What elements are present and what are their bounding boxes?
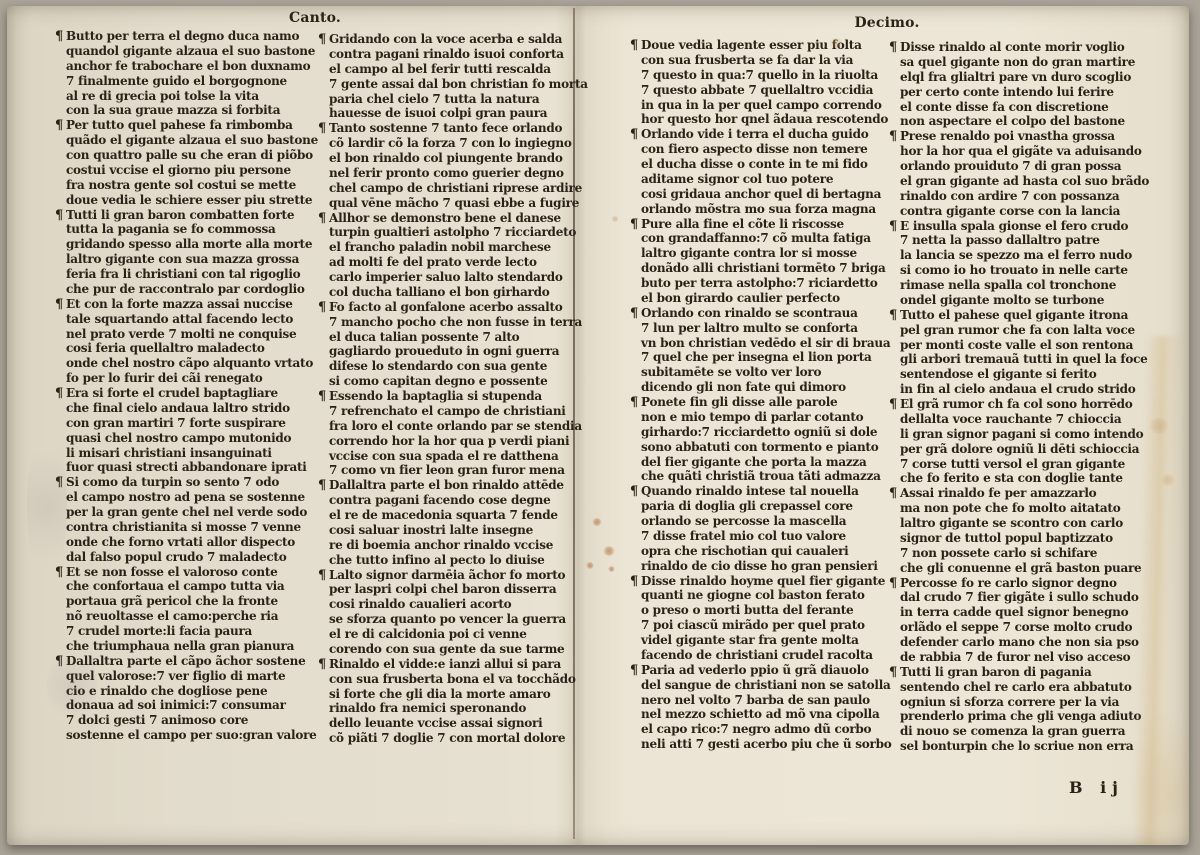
text-line: gagliardo proueduto in ogni guerra	[318, 344, 580, 359]
text-line: gli arbori tremauã tutti in quel la foce	[889, 352, 1161, 367]
text-line: orlando se percosse la mascella	[630, 514, 890, 529]
text-line: ¶Ponete fin gli disse alle parole	[630, 395, 890, 410]
text-line: con gran martiri 7 forte suspirare	[55, 416, 317, 431]
text-line: 7 crudel morte:li facia paura	[55, 624, 317, 639]
text-line: el duca talian possente 7 alto	[318, 330, 580, 345]
paragraph-mark-icon: ¶	[630, 484, 638, 499]
text-line: 7 mancho pocho che non fusse in terra	[318, 315, 580, 330]
text-line: ¶Percosse fo re carlo signor degno	[889, 576, 1161, 591]
running-title-left: Canto.	[255, 10, 375, 26]
text-line: 7 finalmente guido el borgognone	[55, 74, 317, 89]
text-line: 7 como vn fier leon gran furor mena	[318, 463, 580, 478]
paragraph-mark-icon: ¶	[630, 574, 638, 589]
text-line: ¶Assai rinaldo fe per amazzarlo	[889, 486, 1161, 501]
text-line: videl gigante star fra gente molta	[630, 633, 890, 648]
text-line: 7 disse fratel mio col tuo valore	[630, 529, 890, 544]
text-line: rinaldo fra nemici speronando	[318, 701, 580, 716]
text-line: ¶Doue vedia lagente esser piu folta	[630, 38, 890, 53]
paragraph-mark-icon: ¶	[55, 386, 63, 401]
text-line: difese lo stendardo con sua gente	[318, 359, 580, 374]
text-line: per grã dolore ogniũ li dēti schioccia	[889, 442, 1161, 457]
text-line: laltro gigante contra lor si mosse	[630, 246, 890, 261]
paragraph-mark-icon: ¶	[630, 38, 638, 53]
text-line: cosi saluar inostri lalte insegne	[318, 523, 580, 538]
text-line: el ducha disse o conte in te mi fido	[630, 157, 890, 172]
text-line: che final cielo andaua laltro strido	[55, 401, 317, 416]
text-line: nõ reuoltasse el camo:perche ria	[55, 609, 317, 624]
text-line: che pur de raccontralo par cordoglio	[55, 282, 317, 297]
text-line: defender carlo mano che non sia pso	[889, 635, 1161, 650]
text-line: fo per lo furir dei cãi renegato	[55, 371, 317, 386]
paragraph-mark-icon: ¶	[55, 208, 63, 223]
text-line: tale squartando attal facendo lecto	[55, 312, 317, 327]
text-line: laltro gigante se scontro con carlo	[889, 516, 1161, 531]
paragraph-mark-icon: ¶	[889, 40, 897, 55]
text-line: hor la hor qua el gigãte va aduisando	[889, 144, 1161, 159]
text-line: si como io ho trouato in nelle carte	[889, 263, 1161, 278]
text-line: 7 gente assai dal bon christian fo morta	[318, 77, 580, 92]
text-line: 7 non possete carlo si schifare	[889, 546, 1161, 561]
text-line: ogniun si sforza correre per la via	[889, 695, 1161, 710]
text-line: sa quel gigante non do gran martire	[889, 55, 1161, 70]
text-line: 7 dolci gesti 7 animoso core	[55, 713, 317, 728]
text-line: che triumphaua nella gran pianura	[55, 639, 317, 654]
text-line: ¶Gridando con la voce acerba e salda	[318, 32, 580, 47]
text-line: ¶Paria ad vederlo ppio ũ grã diauolo	[630, 663, 890, 678]
text-line: 7 questo abbate 7 quellaltro vccidia	[630, 83, 890, 98]
text-line: prenderlo prima che gli venga adiuto	[889, 709, 1161, 724]
text-line: ¶Tanto sostenne 7 tanto fece orlando	[318, 121, 580, 136]
text-line: dicendo gli non fate qui dimoro	[630, 380, 890, 395]
text-line: el campo al bel ferir tutti rescalda	[318, 62, 580, 77]
text-line: ondel gigante molto se turbone	[889, 293, 1161, 308]
text-line: carlo imperier saluo lalto stendardo	[318, 270, 580, 285]
text-line: ¶Fo facto al gonfalone acerbo assalto	[318, 300, 580, 315]
text-line: ¶Prese renaldo poi vnastha grossa	[889, 129, 1161, 144]
text-line: ¶Et se non fosse el valoroso conte	[55, 565, 317, 580]
text-line: el capo rico:7 negro admo dũ corbo	[630, 722, 890, 737]
text-line: con sua frusberta bona el va tocchãdo	[318, 672, 580, 687]
text-line: pel gran rumor che fa con lalta voce	[889, 323, 1161, 338]
text-line: de rabbia 7 de furor nel viso acceso	[889, 650, 1161, 665]
text-line: contra gigante corse con la lancia	[889, 204, 1161, 219]
paragraph-mark-icon: ¶	[889, 486, 897, 501]
text-line: o preso o morti butta del ferante	[630, 603, 890, 618]
scan-backdrop: { "page": { "left_running_title": "Canto…	[0, 0, 1200, 855]
paragraph-mark-icon: ¶	[55, 29, 63, 44]
text-line: ¶Era si forte el crudel baptagliare	[55, 386, 317, 401]
text-line: subitamēte se volto ver loro	[630, 365, 890, 380]
text-line: del sangue de christiani non se satolla	[630, 678, 890, 693]
paragraph-mark-icon: ¶	[55, 565, 63, 580]
paragraph-mark-icon: ¶	[630, 127, 638, 142]
text-line: la lancia se spezzo ma el ferro nudo	[889, 248, 1161, 263]
text-line: onde che forno vrtati allor dispecto	[55, 535, 317, 550]
text-column-4: ¶Disse rinaldo al conte morir vogliosa q…	[889, 40, 1161, 754]
text-line: dello leuante vccise assai signori	[318, 716, 580, 731]
text-line: nel ferir pronto como guerier degno	[318, 166, 580, 181]
text-line: aditame signor col tuo potere	[630, 172, 890, 187]
text-line: sono abbatuti con tormento e pianto	[630, 440, 890, 455]
text-line: nel mezzo schietto ad mõ vna cipolla	[630, 707, 890, 722]
text-line: ¶Tutti li gran baron di pagania	[889, 665, 1161, 680]
text-line: con grandaffanno:7 cõ multa fatiga	[630, 231, 890, 246]
text-line: portaua grã pericol che la fronte	[55, 594, 317, 609]
text-line: sentendo chel re carlo era abbatuto	[889, 680, 1161, 695]
text-line: elql fra glialtri pare vn duro scoglio	[889, 70, 1161, 85]
text-line: 7 netta la passo dallaltro patre	[889, 233, 1161, 248]
text-line: el campo nostro ad pena se sostenne	[55, 490, 317, 505]
text-line: dellalta voce rauchante 7 chioccia	[889, 412, 1161, 427]
text-line: el gran gigante ad hasta col suo brãdo	[889, 174, 1161, 189]
text-line: fra loro el conte orlando par se stendia	[318, 419, 580, 434]
paragraph-mark-icon: ¶	[318, 211, 326, 226]
text-line: el conte disse fa con discretione	[889, 100, 1161, 115]
text-line: che quãti christiã troua tãti admazza	[630, 469, 890, 484]
paragraph-mark-icon: ¶	[55, 654, 63, 669]
text-line: col ducha talliano el bon girhardo	[318, 285, 580, 300]
text-line: rimase nella spalla col tronchone	[889, 278, 1161, 293]
text-line: el re de macedonia squarta 7 fende	[318, 508, 580, 523]
book-spread: Canto. Decimo. ¶Butto per terra el degno…	[7, 6, 1189, 845]
text-line: ¶Quando rinaldo intese tal nouella	[630, 484, 890, 499]
text-line: hor questo hor qnel ãdaua rescotendo	[630, 112, 890, 127]
text-line: 7 questo in qua:7 quello in la riuolta	[630, 68, 890, 83]
text-line: ¶Tutti li gran baron combatten forte	[55, 208, 317, 223]
text-line: li gran signor pagani si como intendo	[889, 427, 1161, 442]
text-line: per la gran gente chel nel verde sodo	[55, 505, 317, 520]
text-column-3: ¶Doue vedia lagente esser piu foltacon s…	[630, 38, 890, 752]
text-line: neli atti 7 gesti acerbo piu che ũ sorbo	[630, 737, 890, 752]
text-line: si como capitan degno e possente	[318, 374, 580, 389]
text-line: opra che rischotian qui caualeri	[630, 544, 890, 559]
text-line: ¶Dallaltra parte el bon rinaldo attēde	[318, 478, 580, 493]
text-line: quanti ne giogne col baston ferato	[630, 588, 890, 603]
text-line: non e mio tempo di parlar cotanto	[630, 410, 890, 425]
paragraph-mark-icon: ¶	[889, 397, 897, 412]
text-line: di nouo se comenza la gran guerra	[889, 724, 1161, 739]
text-line: ¶Dallaltra parte el cãpo ãchor sostene	[55, 654, 317, 669]
paragraph-mark-icon: ¶	[55, 475, 63, 490]
text-line: li misari christiani insanguinati	[55, 446, 317, 461]
text-line: non aspectare el colpo del bastone	[889, 114, 1161, 129]
text-line: ¶Disse rinaldo al conte morir voglio	[889, 40, 1161, 55]
text-line: vn bon christian vedēdo el sir di braua	[630, 336, 890, 351]
text-line: orlando prouiduto 7 di gran possa	[889, 159, 1161, 174]
text-line: ¶E insulla spala gionse el fero crudo	[889, 219, 1161, 234]
text-line: tutta la pagania se fo commossa	[55, 222, 317, 237]
text-line: ¶Rinaldo el vidde:e ianzi allui si para	[318, 657, 580, 672]
text-line: contra pagani rinaldo isuoi conforta	[318, 47, 580, 62]
paragraph-mark-icon: ¶	[630, 663, 638, 678]
paragraph-mark-icon: ¶	[889, 219, 897, 234]
paragraph-mark-icon: ¶	[318, 300, 326, 315]
text-line: rinaldo de cio disse ho gran pensieri	[630, 559, 890, 574]
text-line: fra nostra gente sol costui se mette	[55, 178, 317, 193]
text-line: el bon girardo caulier perfecto	[630, 291, 890, 306]
paragraph-mark-icon: ¶	[318, 121, 326, 136]
text-line: chel campo de christiani riprese ardire	[318, 181, 580, 196]
text-line: in terra cadde quel signor benegno	[889, 605, 1161, 620]
text-line: per laspri colpi chel baron disserra	[318, 582, 580, 597]
text-line: quãdo el gigante alzaua el suo bastone	[55, 133, 317, 148]
text-line: el re di calcidonia poi ci venne	[318, 627, 580, 642]
text-line: 7 poi ciascũ mirãdo per quel prato	[630, 618, 890, 633]
text-line: sentendose el gigante si ferito	[889, 367, 1161, 382]
text-line: ¶El grã rumor ch fa col sono horrēdo	[889, 397, 1161, 412]
text-line: ad molti fe del prato verde lecto	[318, 255, 580, 270]
text-line: ¶Si como da turpin so sento 7 odo	[55, 475, 317, 490]
text-line: el francho paladin nobil marchese	[318, 240, 580, 255]
text-line: ¶Disse rinaldo hoyme quel fier gigante	[630, 574, 890, 589]
text-line: 7 refrenchato el campo de christiani	[318, 404, 580, 419]
text-line: con la sua graue mazza si forbita	[55, 103, 317, 118]
text-line: cosi gridaua anchor quel di bertagna	[630, 187, 890, 202]
text-line: cõ lardir cõ la forza 7 con lo ingiegno	[318, 136, 580, 151]
text-line: corendo con sua gente da sue tarme	[318, 642, 580, 657]
text-line: 7 quel che per insegna el lion porta	[630, 350, 890, 365]
signature-mark: B ij	[1069, 778, 1149, 797]
text-line: contra pagani facendo cose degne	[318, 493, 580, 508]
text-line: con quattro palle su che eran di piõbo	[55, 148, 317, 163]
paragraph-mark-icon: ¶	[318, 478, 326, 493]
paragraph-mark-icon: ¶	[318, 389, 326, 404]
text-line: cosi rinaldo caualieri acorto	[318, 597, 580, 612]
text-line: orlãdo el seppe 7 corse molto crudo	[889, 620, 1161, 635]
text-line: fuor quasi strecti abbandonare iprati	[55, 460, 317, 475]
text-line: ¶Lalto signor darmēia ãchor fo morto	[318, 568, 580, 583]
paragraph-mark-icon: ¶	[630, 217, 638, 232]
text-line: re di boemia anchor rinaldo vccise	[318, 538, 580, 553]
paragraph-mark-icon: ¶	[889, 665, 897, 680]
text-line: contra christianita si mosse 7 venne	[55, 520, 317, 535]
text-line: costui vccise el giorno piu persone	[55, 163, 317, 178]
text-line: laltro gigante con sua mazza grossa	[55, 252, 317, 267]
text-line: dal falso popul crudo 7 maladecto	[55, 550, 317, 565]
text-line: buto per terra astolpho:7 riciardetto	[630, 276, 890, 291]
text-line: si forte che gli dia la morte amaro	[318, 687, 580, 702]
text-line: con sua frusberta se fa dar la via	[630, 53, 890, 68]
text-line: donãdo alli christiani tormēto 7 briga	[630, 261, 890, 276]
text-line: sel bonturpin che lo scriue non erra	[889, 739, 1161, 754]
text-line: paria chel cielo 7 tutta la natura	[318, 92, 580, 107]
text-line: anchor fe trabochare el bon duxnamo	[55, 59, 317, 74]
paragraph-mark-icon: ¶	[630, 395, 638, 410]
text-line: el bon rinaldo col piungente brando	[318, 151, 580, 166]
paragraph-mark-icon: ¶	[889, 129, 897, 144]
text-line: ¶Orlando con rinaldo se scontraua	[630, 306, 890, 321]
text-line: ma non pote che fo molto aitatato	[889, 501, 1161, 516]
text-line: rinaldo con ardire 7 con possanza	[889, 189, 1161, 204]
text-line: correndo hor la hor qua p verdi piani	[318, 434, 580, 449]
text-line: quasi chel nostro campo mutonido	[55, 431, 317, 446]
text-line: hauesse de isuoi colpi gran paura	[318, 106, 580, 121]
text-line: che confortaua el campo tutta via	[55, 579, 317, 594]
text-line: ¶Butto per terra el degno duca namo	[55, 29, 317, 44]
text-line: che tutto infino al pecto lo diuise	[318, 553, 580, 568]
text-line: quel valorose:7 ver figlio di marte	[55, 669, 317, 684]
text-line: cõ piãti 7 doglie 7 con mortal dolore	[318, 731, 580, 746]
text-line: con fiero aspecto disse non temere	[630, 142, 890, 157]
text-line: del fier gigante che porta la mazza	[630, 455, 890, 470]
text-line: che gli conuenne el grã baston puare	[889, 561, 1161, 576]
text-line: ¶Per tutto quel pahese fa rimbomba	[55, 118, 317, 133]
text-line: sostenne el campo per suo:gran valore	[55, 728, 317, 743]
paragraph-mark-icon: ¶	[889, 308, 897, 323]
text-line: ¶Et con la forte mazza assai nuccise	[55, 297, 317, 312]
text-line: se sforza quanto po vencer la guerra	[318, 612, 580, 627]
text-line: donaua ad soi inimici:7 consumar	[55, 698, 317, 713]
text-line: vccise con sua spada el re datthena	[318, 449, 580, 464]
text-line: feria fra li christiani con tal rigoglio	[55, 267, 317, 282]
text-line: nero nel volto 7 barba de san paulo	[630, 693, 890, 708]
paragraph-mark-icon: ¶	[889, 576, 897, 591]
text-line: che fo ferito e sta con doglie tante	[889, 471, 1161, 486]
paragraph-mark-icon: ¶	[55, 118, 63, 133]
text-line: qual vēne mãcho 7 quasi ebbe a fugire	[318, 196, 580, 211]
text-line: dal crudo 7 fier gigãte i sullo schudo	[889, 590, 1161, 605]
text-line: al re di grecia poi tolse la vita	[55, 89, 317, 104]
text-line: nel prato verde 7 molti ne conquise	[55, 327, 317, 342]
text-line: doue vedia le schiere esser piu strette	[55, 193, 317, 208]
text-line: in fin al cielo andaua el crudo strido	[889, 382, 1161, 397]
text-line: ¶Essendo la baptaglia si stupenda	[318, 389, 580, 404]
paragraph-mark-icon: ¶	[55, 297, 63, 312]
text-line: 7 lun per laltro multo se conforta	[630, 321, 890, 336]
text-column-1: ¶Butto per terra el degno duca namoquand…	[55, 29, 317, 743]
text-line: ¶Allhor se demonstro bene el danese	[318, 211, 580, 226]
text-line: turpin gualtieri astolpho 7 ricciardeto	[318, 225, 580, 240]
text-line: ¶Orlando vide i terra el ducha guido	[630, 127, 890, 142]
text-line: paria di doglia gli crepassel core	[630, 499, 890, 514]
text-line: gridando spesso alla morte alla morte	[55, 237, 317, 252]
text-line: cosi feria quellaltro maladecto	[55, 341, 317, 356]
text-line: signor de tuttol popul baptizzato	[889, 531, 1161, 546]
text-line: quandol gigante alzaua el suo bastone	[55, 44, 317, 59]
paragraph-mark-icon: ¶	[318, 657, 326, 672]
text-line: girhardo:7 ricciardetto ogniũ si dole	[630, 425, 890, 440]
text-line: 7 corse tutti versol el gran gigante	[889, 457, 1161, 472]
paragraph-mark-icon: ¶	[318, 568, 326, 583]
text-line: per monti coste valle el son rentona	[889, 338, 1161, 353]
paragraph-mark-icon: ¶	[318, 32, 326, 47]
paragraph-mark-icon: ¶	[630, 306, 638, 321]
text-line: in qua in la per quel campo correndo	[630, 98, 890, 113]
text-line: orlando mõstra mo sua forza magna	[630, 202, 890, 217]
text-line: cio e rinaldo che dogliose pene	[55, 684, 317, 699]
text-line: ¶Tutto el pahese quel gigante itrona	[889, 308, 1161, 323]
text-column-2: ¶Gridando con la voce acerba e saldacont…	[318, 32, 580, 746]
text-line: ¶Pure alla fine el cõte li riscosse	[630, 217, 890, 232]
text-line: facendo de christiani crudel racolta	[630, 648, 890, 663]
running-title-right: Decimo.	[807, 15, 967, 31]
text-line: onde chel nostro cãpo alquanto vrtato	[55, 356, 317, 371]
text-line: per certo conte intendo lui ferire	[889, 85, 1161, 100]
